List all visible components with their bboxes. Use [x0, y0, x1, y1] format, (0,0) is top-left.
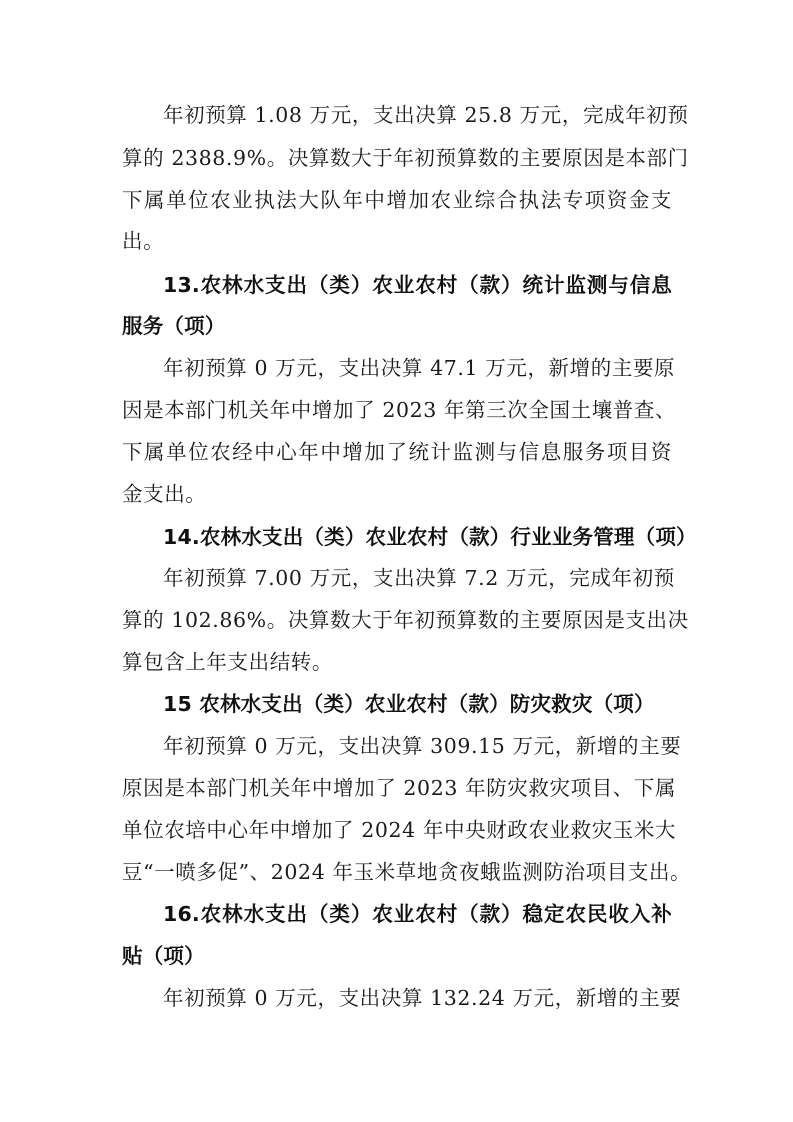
- section-heading-16-cont: 贴（项）: [122, 941, 672, 971]
- paragraph-line: 算包含上年支出结转。: [122, 647, 672, 677]
- paragraph-line: 金支出。: [122, 479, 672, 509]
- paragraph-line: 因是本部门机关年中增加了 2023 年第三次全国土壤普查、: [122, 395, 672, 425]
- paragraph-line: 年初预算 0 万元，支出决算 47.1 万元，新增的主要原: [163, 353, 672, 383]
- document-page: 年初预算 1.08 万元，支出决算 25.8 万元，完成年初预 算的 2388.…: [0, 0, 793, 1122]
- section-heading-13: 13.农林水支出（类）农业农村（款）统计监测与信息: [163, 270, 672, 300]
- paragraph-line: 下属单位农经中心年中增加了统计监测与信息服务项目资: [122, 437, 672, 467]
- paragraph-line: 年初预算 7.00 万元，支出决算 7.2 万元，完成年初预: [163, 563, 672, 593]
- paragraph-line: 算的 102.86%。决算数大于年初预算数的主要原因是支出决: [122, 605, 672, 635]
- paragraph-line: 原因是本部门机关年中增加了 2023 年防灾救灾项目、下属: [122, 773, 672, 803]
- paragraph-line: 年初预算 1.08 万元，支出决算 25.8 万元，完成年初预: [163, 100, 672, 130]
- paragraph-line: 年初预算 0 万元，支出决算 132.24 万元，新增的主要: [163, 983, 672, 1013]
- section-heading-15: 15 农林水支出（类）农业农村（款）防灾救灾（项）: [163, 689, 658, 719]
- paragraph-line: 算的 2388.9%。决算数大于年初预算数的主要原因是本部门: [122, 143, 672, 173]
- paragraph-line: 豆“一喷多促”、2024 年玉米草地贪夜蛾监测防治项目支出。: [122, 857, 672, 887]
- paragraph-line: 年初预算 0 万元，支出决算 309.15 万元，新增的主要: [163, 731, 672, 761]
- section-heading-13-cont: 服务（项）: [122, 311, 672, 341]
- section-heading-16: 16.农林水支出（类）农业农村（款）稳定农民收入补: [163, 899, 672, 929]
- section-heading-14: 14.农林水支出（类）农业农村（款）行业业务管理（项）: [163, 522, 672, 552]
- paragraph-line: 单位农培中心年中增加了 2024 年中央财政农业救灾玉米大: [122, 815, 672, 845]
- paragraph-line: 出。: [122, 226, 672, 256]
- paragraph-line: 下属单位农业执法大队年中增加农业综合执法专项资金支: [122, 185, 672, 215]
